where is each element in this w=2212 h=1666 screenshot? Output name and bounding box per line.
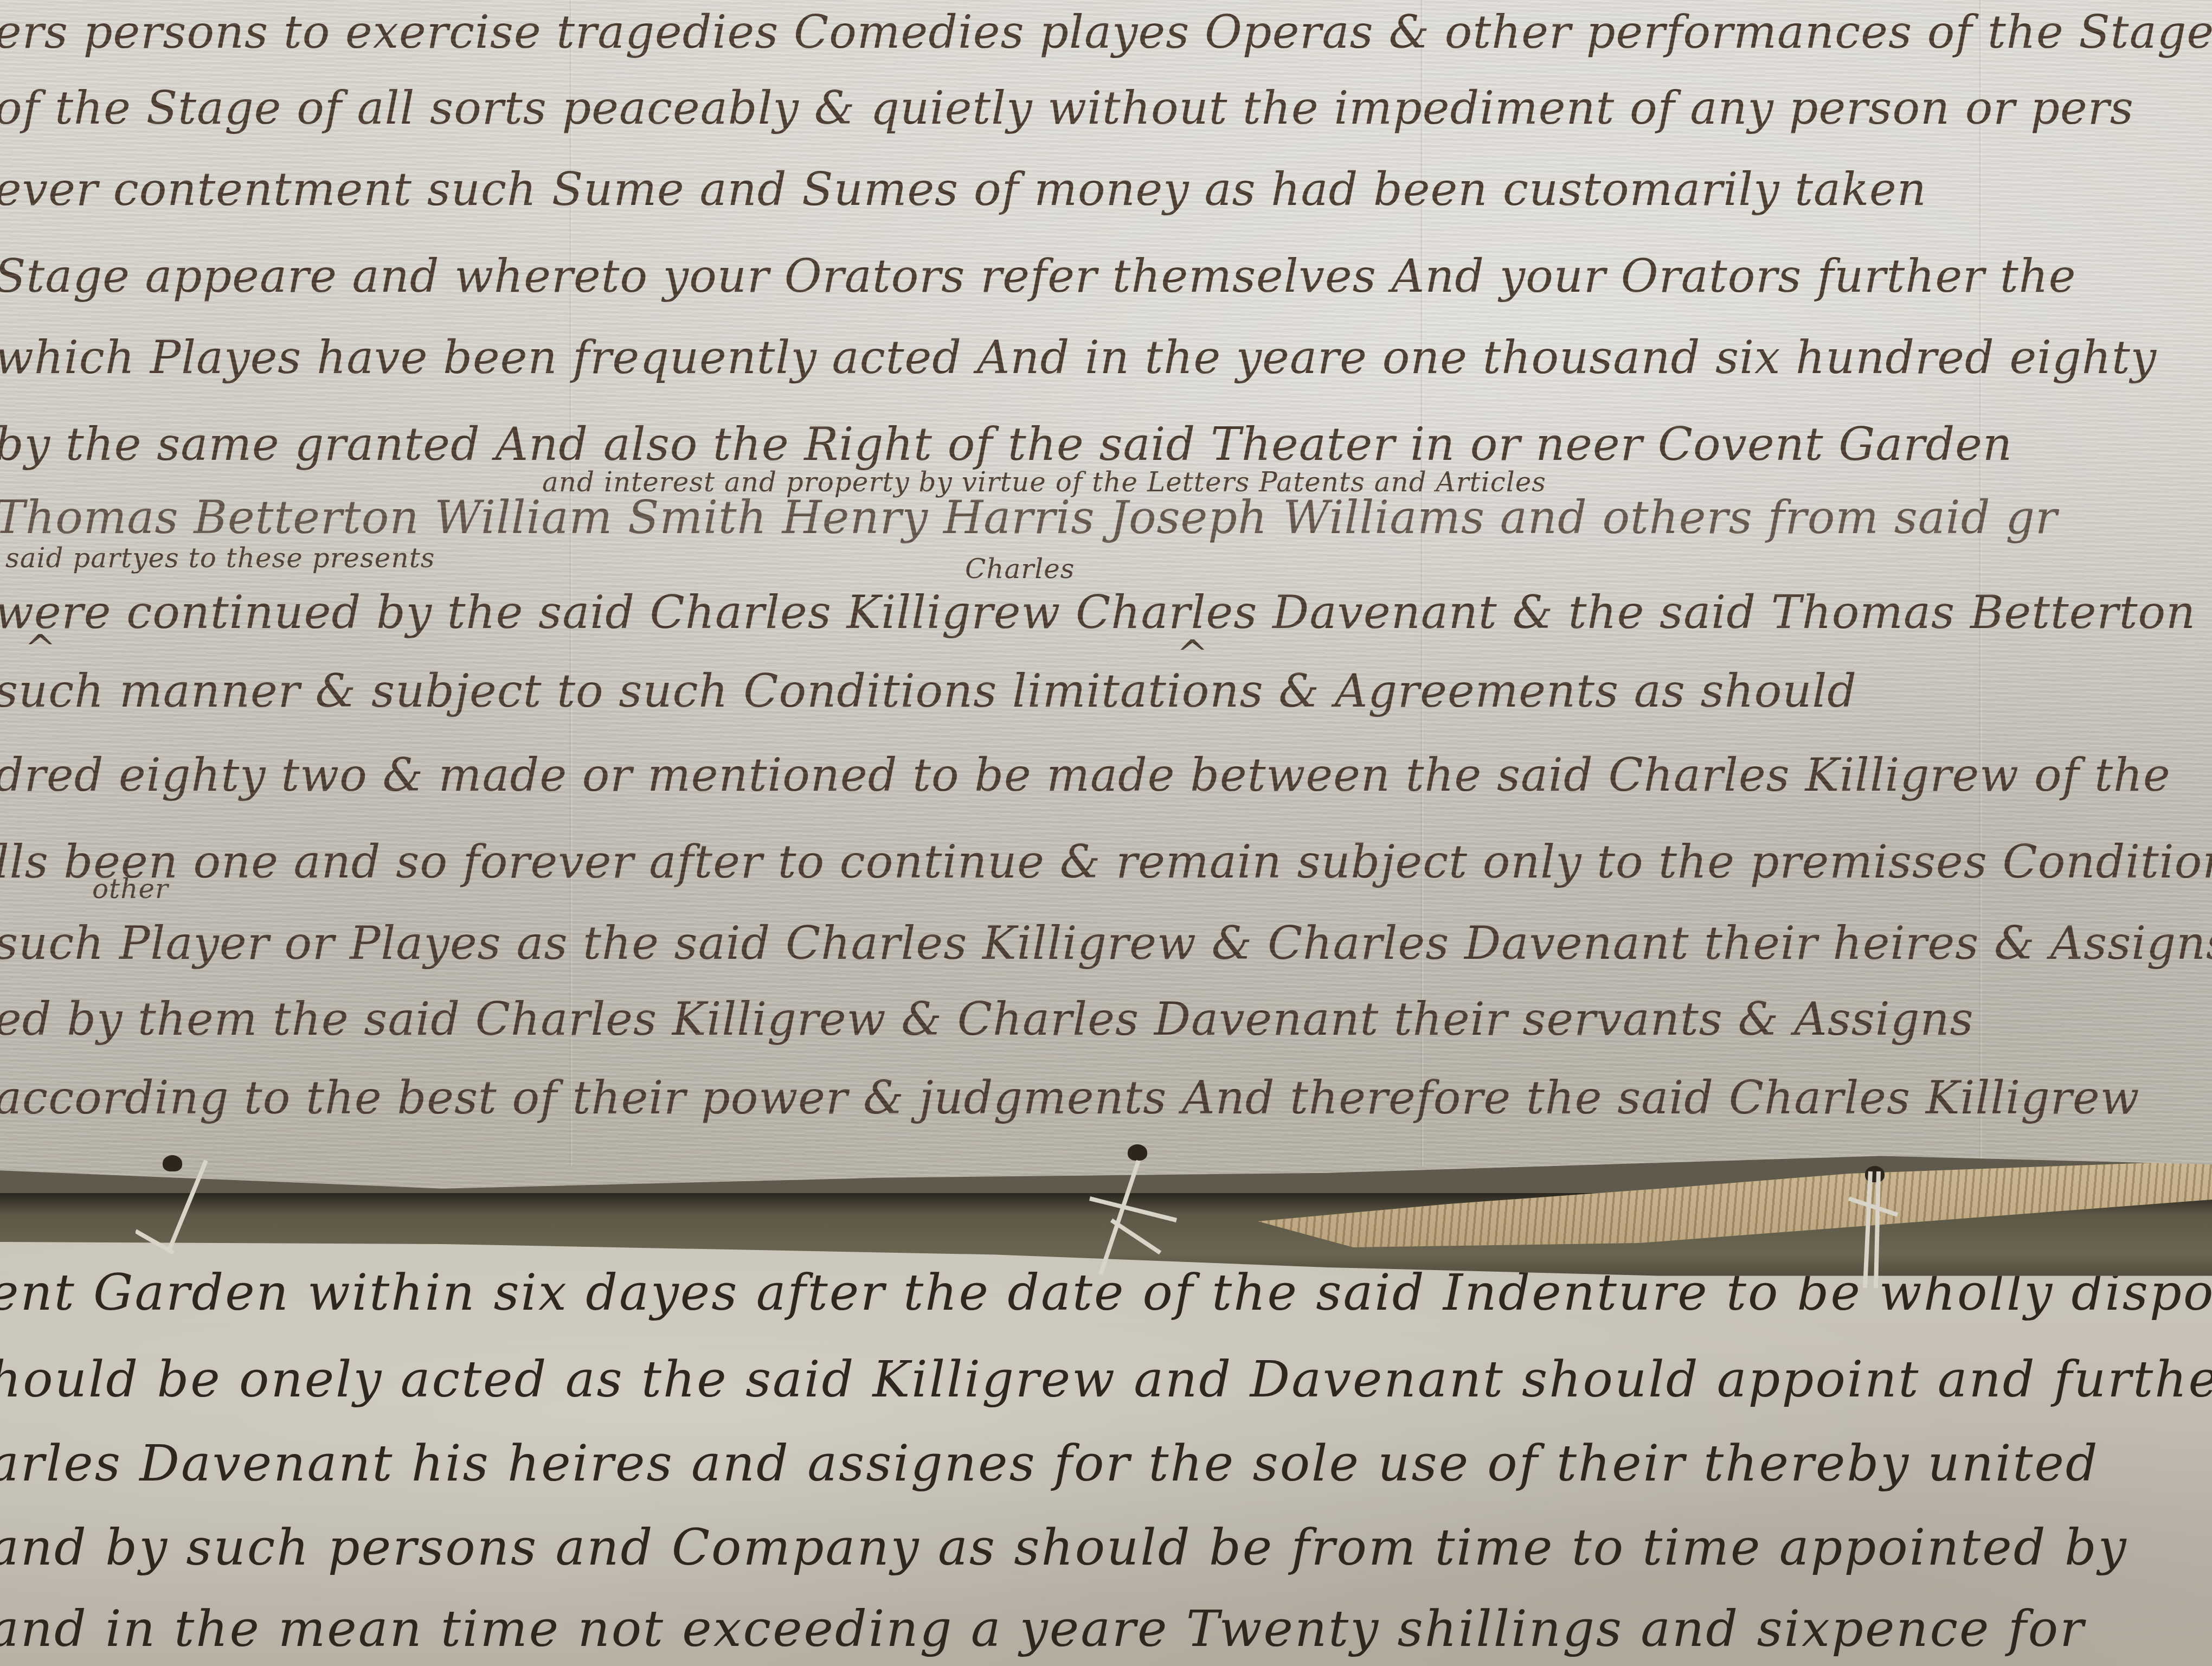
manuscript-line: which Playes have been frequently acted … [0,331,2157,384]
manuscript-line: of the Stage of all sorts peaceably & qu… [0,81,2134,134]
manuscript-line: and in the mean time not exceeding a yea… [0,1600,2085,1658]
manuscript-line: Thomas Betterton William Smith Henry Har… [0,491,2057,544]
interlinear-insertion: other [92,873,169,905]
upper-parchment-sheet: ers persons to exercise tragedies Comedi… [0,0,2212,1207]
interlinear-insertion: said partyes to these presents [5,542,435,574]
lower-parchment-sheet: ent Garden within six dayes after the da… [0,1242,2212,1666]
manuscript-line: according to the best of their power & j… [0,1071,2140,1124]
manuscript-line: such manner & subject to such Conditions… [0,664,1857,717]
document-photo: ers persons to exercise tragedies Comedi… [0,0,2212,1666]
manuscript-line: were continued by the said Charles Killi… [0,586,2196,639]
manuscript-line: Stage appeare and whereto your Orators r… [0,249,2076,303]
manuscript-line: such Player or Playes as the said Charle… [0,917,2212,970]
stitch-hole [1128,1144,1147,1161]
manuscript-line: by the same granted And also the Right o… [0,418,2012,471]
manuscript-line: hould be onely acted as the said Killigr… [0,1350,2212,1408]
manuscript-line: and by such persons and Company as shoul… [0,1518,2128,1577]
fold-crease [1979,0,1982,1166]
stitch-hole [1865,1166,1885,1182]
manuscript-line: dred eighty two & made or mentioned to b… [0,748,2171,802]
interlinear-insertion: Charles [965,553,1075,585]
manuscript-line: ed by them the said Charles Killigrew & … [0,992,1974,1046]
manuscript-line: lls been one and so forever after to con… [0,835,2212,888]
manuscript-line: ever contentment such Sume and Sumes of … [0,163,1927,216]
stitch-hole [163,1155,182,1171]
manuscript-line: ers persons to exercise tragedies Comedi… [0,5,2212,59]
manuscript-line: arles Davenant his heires and assignes f… [0,1434,2099,1492]
